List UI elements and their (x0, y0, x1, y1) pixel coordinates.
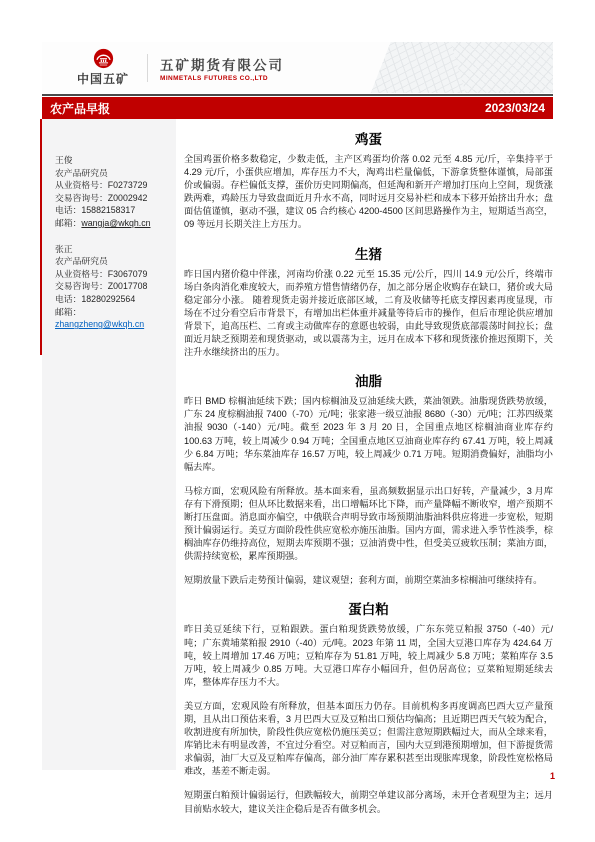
report-content: 中国五矿 五矿期货有限公司 MINMETALS FUTURES CO.,LTD … (42, 42, 553, 827)
report-page: 中国五矿 五矿期货有限公司 MINMETALS FUTURES CO.,LTD … (0, 0, 595, 842)
analyst-card: 王俊 农产品研究员 从业资格号：F0273729 交易咨询号：Z0002942 … (55, 154, 170, 230)
section-title-oils: 油脂 (184, 370, 553, 390)
analyst-email-link[interactable]: zhangzheng@wkqh.cn (55, 319, 144, 329)
analyst-sidebar: 王俊 农产品研究员 从业资格号：F0273729 交易咨询号：Z0002942 … (42, 119, 176, 770)
email-label: 邮箱： (55, 218, 81, 228)
minmetals-logo: 中国五矿 (70, 48, 136, 87)
analyst-reg-no: 从业资格号：F0273729 (55, 179, 170, 192)
analyst-email-link[interactable]: wangja@wkqh.cn (81, 218, 150, 228)
analyst-reg-no: 从业资格号：F3067079 (55, 268, 170, 281)
paragraph-hogs-1: 昨日国内猪价稳中伴涨，河南均价涨 0.22 元至 15.35 元/公斤，四川 1… (184, 268, 553, 360)
analyst-advisory-no: 交易咨询号：Z0017708 (55, 280, 170, 293)
analyst-role: 农产品研究员 (55, 167, 170, 180)
analyst-name: 张正 (55, 243, 170, 256)
email-label: 邮箱： (55, 307, 81, 317)
section-title-protein-meal: 蛋白粕 (184, 598, 553, 618)
paragraph-meal-2: 美豆方面，宏观风险有所释放，但基本面压力仍存。目前机构多再度调高巴西大豆产量预期… (184, 700, 553, 779)
analyst-phone: 电话：15882158317 (55, 204, 170, 217)
paragraph-oils-3: 短期放量下跌后走势预计偏弱，建议观望；套利方面，前期空菜油多棕榈油可继续持有。 (184, 574, 553, 587)
section-eggs: 鸡蛋 全国鸡蛋价格多数稳定，少数走低，主产区鸡蛋均价落 0.02 元至 4.85… (184, 128, 553, 232)
paragraph-meal-1: 昨日美豆延续下行，豆粕跟跌。蛋白粕现货跌势放缓，广东东莞豆粕报 3750（-40… (184, 623, 553, 688)
section-hogs: 生猪 昨日国内猪价稳中伴涨，河南均价涨 0.22 元至 15.35 元/公斤，四… (184, 243, 553, 360)
paragraph-oils-2: 马棕方面，宏观风险有所释放。基本面来看，虽高频数据显示出口好转，产量减少，3 月… (184, 485, 553, 564)
report-date: 2023/03/24 (485, 101, 545, 115)
section-title-eggs: 鸡蛋 (184, 128, 553, 148)
analyst-advisory-no: 交易咨询号：Z0002942 (55, 192, 170, 205)
analyst-role: 农产品研究员 (55, 255, 170, 268)
section-protein-meal: 蛋白粕 昨日美豆延续下行，豆粕跟跌。蛋白粕现货跌势放缓，广东东莞豆粕报 3750… (184, 598, 553, 815)
company-block: 五矿期货有限公司 MINMETALS FUTURES CO.,LTD (147, 54, 284, 82)
report-title: 农产品早报 (50, 100, 110, 117)
analyst-email-row: 邮箱：wangja@wkqh.cn (55, 217, 170, 230)
body-row: 王俊 农产品研究员 从业资格号：F0273729 交易咨询号：Z0002942 … (42, 119, 553, 827)
minmetals-emblem-icon (93, 48, 114, 69)
report-header: 中国五矿 五矿期货有限公司 MINMETALS FUTURES CO.,LTD (42, 42, 553, 93)
company-name-cn: 五矿期货有限公司 (160, 54, 284, 74)
analyst-name: 王俊 (55, 154, 170, 167)
analyst-phone: 电话：18280292564 (55, 293, 170, 306)
section-title-hogs: 生猪 (184, 243, 553, 263)
section-oils: 油脂 昨日 BMD 棕榈油延续下跌；国内棕榈油及豆油延续大跌，菜油领跌。油脂现货… (184, 370, 553, 587)
page-number: 1 (550, 771, 555, 781)
logo-text: 中国五矿 (77, 70, 129, 87)
paragraph-eggs-1: 全国鸡蛋价格多数稳定，少数走低，主产区鸡蛋均价落 0.02 元至 4.85 元/… (184, 153, 553, 232)
title-banner: 农产品早报 2023/03/24 (42, 97, 553, 119)
logo-row: 中国五矿 五矿期货有限公司 MINMETALS FUTURES CO.,LTD (42, 42, 553, 93)
red-accent-strip (40, 119, 42, 355)
header-divider (42, 94, 553, 96)
report-body: 鸡蛋 全国鸡蛋价格多数稳定，少数走低，主产区鸡蛋均价落 0.02 元至 4.85… (176, 119, 553, 827)
company-name-en: MINMETALS FUTURES CO.,LTD (160, 75, 284, 82)
paragraph-oils-1: 昨日 BMD 棕榈油延续下跌；国内棕榈油及豆油延续大跌，菜油领跌。油脂现货跌势放… (184, 395, 553, 474)
analyst-email-row: 邮箱：zhangzheng@wkqh.cn (55, 306, 170, 331)
paragraph-meal-3: 短期蛋白粕预计偏弱运行，但跌幅较大，前期空单建议部分离场，未开仓者观望为主；远月… (184, 789, 553, 815)
analyst-card: 张正 农产品研究员 从业资格号：F3067079 交易咨询号：Z0017708 … (55, 243, 170, 331)
